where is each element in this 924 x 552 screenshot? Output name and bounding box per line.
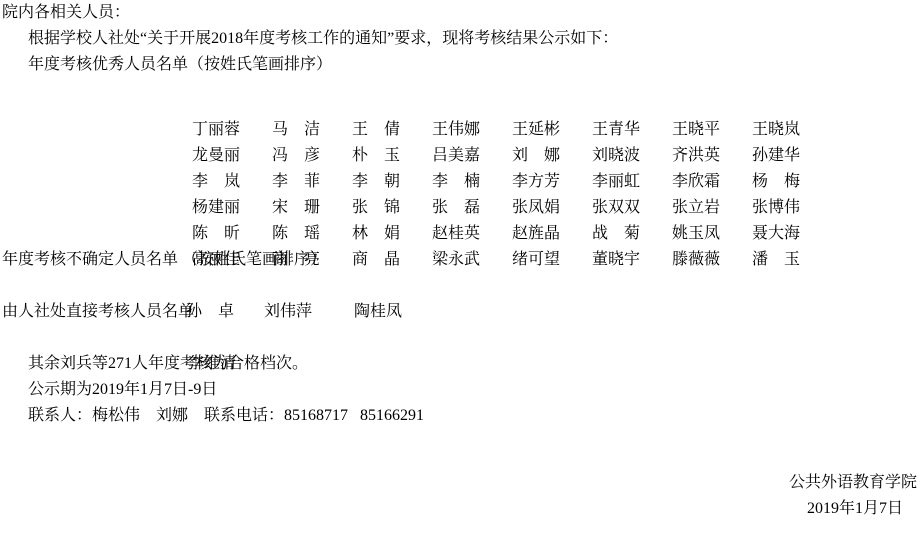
direct-section-heading: 由人社处直接考核人员名单 [2, 299, 924, 325]
signature-date: 2019年1月7日 [2, 496, 924, 522]
person-name: 李 岚 [192, 169, 272, 195]
person-name: 龙曼丽 [192, 143, 272, 169]
person-name: 杨建丽 [192, 195, 272, 221]
signature-department: 公共外语教育学院 [2, 470, 924, 496]
assessment-notice-document: 院内各相关人员： 根据学校人社处“关于开展2018年度考核工作的通知”要求，现将… [0, 0, 924, 522]
person-name: 王延彬 [512, 117, 592, 143]
person-name: 刘伟萍 [264, 299, 354, 325]
person-name: 姚玉凤 [672, 221, 752, 247]
person-name: 刘晓波 [592, 143, 672, 169]
publicity-period: 公示期为2019年1月7日-9日 [2, 377, 924, 403]
person-name: 张 锦 [352, 195, 432, 221]
person-name: 张凤娟 [512, 195, 592, 221]
person-name: 吕美嘉 [432, 143, 512, 169]
excellent-section-heading: 年度考核优秀人员名单（按姓氏笔画排序） [2, 52, 924, 78]
person-name: 马 洁 [272, 117, 352, 143]
person-name: 李方芳 [512, 169, 592, 195]
person-name: 王 倩 [352, 117, 432, 143]
person-name: 张双双 [592, 195, 672, 221]
roster-row: 丁丽蓉马 洁王 倩王伟娜王延彬王青华王晓平王晓岚 [2, 91, 924, 117]
salutation: 院内各相关人员： [2, 0, 924, 26]
person-name: 滕薇薇 [672, 247, 752, 273]
person-name: 张立岩 [672, 195, 752, 221]
person-name: 潘 玉 [752, 247, 832, 273]
person-name: 李 朝 [352, 169, 432, 195]
intro-paragraph: 根据学校人社处“关于开展2018年度考核工作的通知”要求，现将考核结果公示如下： [2, 26, 924, 52]
excellent-roster: 丁丽蓉马 洁王 倩王伟娜王延彬王青华王晓平王晓岚 龙曼丽冯 彦朴 玉吕美嘉刘 娜… [2, 91, 924, 247]
person-name: 林 娟 [352, 221, 432, 247]
person-name: 杨 梅 [752, 169, 832, 195]
direct-roster-row: 李维清 [2, 325, 924, 351]
person-name: 王晓平 [672, 117, 752, 143]
person-name: 刘 娜 [512, 143, 592, 169]
person-name: 陈 瑶 [272, 221, 352, 247]
qualified-note: 其余刘兵等271人年度考核为合格档次。 [2, 351, 924, 377]
person-name: 战 菊 [592, 221, 672, 247]
person-name: 王青华 [592, 117, 672, 143]
person-name: 张博伟 [752, 195, 832, 221]
person-name: 陶桂凤 [354, 299, 434, 325]
person-name: 丁丽蓉 [192, 117, 272, 143]
person-name: 赵旌晶 [512, 221, 592, 247]
person-name: 张 磊 [432, 195, 512, 221]
person-name: 绪可望 [512, 247, 592, 273]
person-name: 商 晶 [352, 247, 432, 273]
uncertain-roster-row: 孙 卓刘伟萍陶桂凤 [2, 273, 924, 299]
person-name: 李 楠 [432, 169, 512, 195]
person-name: 冯 彦 [272, 143, 352, 169]
person-name: 朴 玉 [352, 143, 432, 169]
person-name: 聂大海 [752, 221, 832, 247]
person-name: 王伟娜 [432, 117, 512, 143]
person-name: 孙建华 [752, 143, 832, 169]
person-name: 李欣霜 [672, 169, 752, 195]
person-name: 齐洪英 [672, 143, 752, 169]
person-name: 梁永武 [432, 247, 512, 273]
person-name: 李 菲 [272, 169, 352, 195]
person-name: 宋 珊 [272, 195, 352, 221]
person-name: 李丽虹 [592, 169, 672, 195]
contact-line: 联系人：梅松伟 刘娜 联系电话：85168717 85166291 [2, 403, 924, 429]
person-name: 陈 昕 [192, 221, 272, 247]
signature-block: 公共外语教育学院 2019年1月7日 [2, 470, 924, 522]
person-name: 赵桂英 [432, 221, 512, 247]
person-name: 王晓岚 [752, 117, 832, 143]
person-name: 董晓宇 [592, 247, 672, 273]
person-name: 孙 卓 [186, 299, 264, 325]
